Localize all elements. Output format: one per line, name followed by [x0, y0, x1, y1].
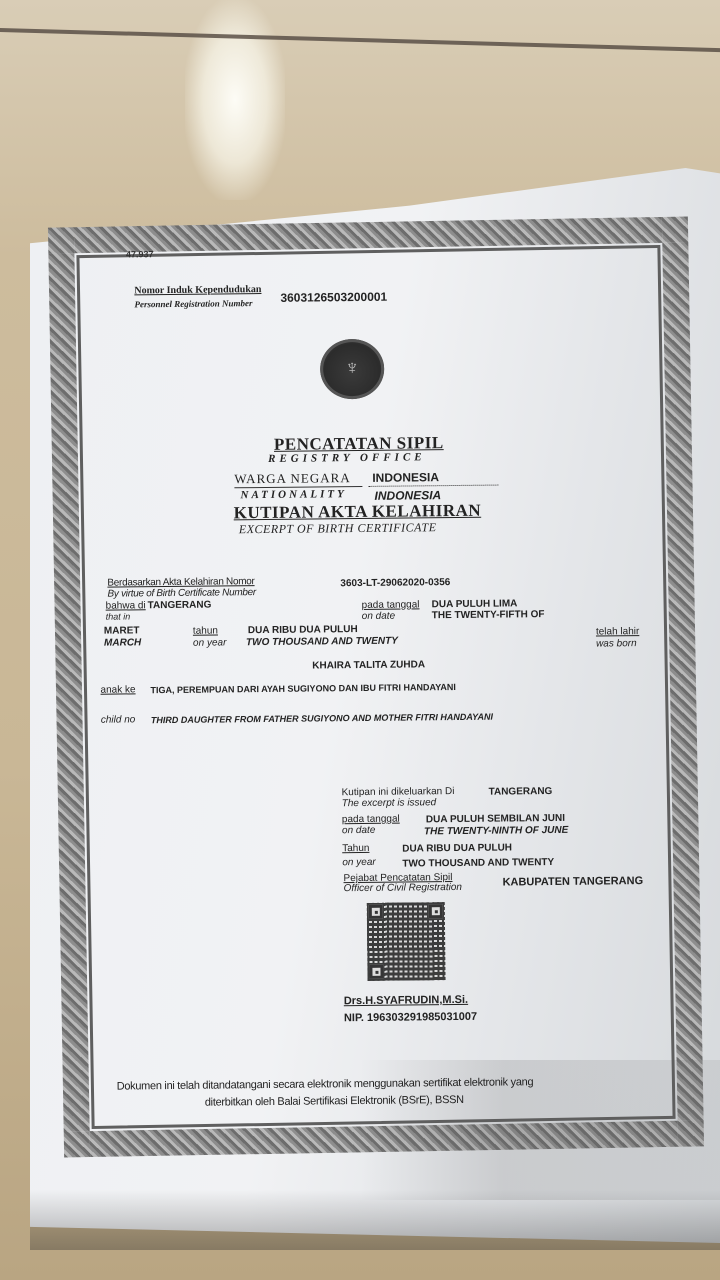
- garuda-emblem-icon: ♆: [320, 339, 385, 400]
- document-title-en: EXCERPT OF BIRTH CERTIFICATE: [239, 520, 437, 537]
- officer-label-en: Officer of Civil Registration: [344, 882, 462, 894]
- signatory-name: Drs.H.SYAFRUDIN,M.Si.: [344, 994, 468, 1007]
- birth-month-en: MARCH: [104, 637, 141, 648]
- cert-number-label-en: By virtue of Birth Certificate Number: [107, 587, 256, 600]
- cert-number-value: 3603-LT-29062020-0356: [340, 577, 450, 589]
- issue-date-label-en: on date: [342, 825, 375, 836]
- child-no-value-en: THIRD DAUGHTER FROM FATHER SUGIYONO AND …: [151, 712, 493, 726]
- child-no-label-en: child no: [101, 714, 136, 725]
- birth-year-label: tahun: [193, 625, 218, 636]
- issued-place: TANGERANG: [489, 786, 553, 798]
- birth-month: MARET: [104, 625, 140, 636]
- issue-year-value: DUA RIBU DUA PULUH: [402, 842, 512, 854]
- nationality-dotted-line: [368, 485, 498, 487]
- birth-year-value: DUA RIBU DUA PULUH: [248, 624, 358, 636]
- nationality-value: INDONESIA: [372, 470, 439, 485]
- serial-number: 47.937: [126, 249, 154, 259]
- nik-label-en: Personnel Registration Number: [134, 298, 252, 309]
- nationality-label: WARGA NEGARA: [234, 470, 351, 487]
- birth-date-label-en: on date: [362, 611, 395, 622]
- signatory-nip: NIP. 196303291985031007: [344, 1011, 477, 1024]
- child-name: KHAIRA TALITA ZUHDA: [312, 659, 425, 671]
- place-label: bahwa di: [106, 600, 146, 611]
- child-no-value: TIGA, PEREMPUAN DARI AYAH SUGIYONO DAN I…: [150, 682, 455, 695]
- issued-label: Kutipan ini dikeluarkan Di: [342, 786, 455, 798]
- e-signature-notice-line1: Dokumen ini telah ditandatangani secara …: [117, 1076, 534, 1092]
- born-label-en: was born: [596, 638, 637, 649]
- issued-label-en: The excerpt is issued: [342, 797, 437, 809]
- birth-date-value: DUA PULUH LIMA: [432, 598, 518, 610]
- nik-label: Nomor Induk Kependudukan: [134, 284, 261, 296]
- issue-year-label-en: on year: [342, 857, 375, 868]
- nik-value: 3603126503200001: [280, 290, 387, 305]
- issue-date-label: pada tanggal: [342, 814, 400, 826]
- officer-region: KABUPATEN TANGERANG: [502, 875, 643, 888]
- issue-year-value-en: TWO THOUSAND AND TWENTY: [402, 857, 554, 870]
- document-title: KUTIPAN AKTA KELAHIRAN: [234, 501, 482, 524]
- issue-date-value: DUA PULUH SEMBILAN JUNI: [426, 813, 565, 825]
- certificate-content: 47.937 Nomor Induk Kependudukan Personne…: [0, 0, 720, 1280]
- e-signature-notice-line2: diterbitkan oleh Balai Sertifikasi Elekt…: [205, 1094, 464, 1109]
- birth-year-label-en: on year: [193, 637, 226, 648]
- born-label: telah lahir: [596, 626, 639, 637]
- registry-title-en: REGISTRY OFFICE: [268, 451, 426, 465]
- child-no-label: anak ke: [100, 684, 135, 695]
- birth-year-value-en: TWO THOUSAND AND TWENTY: [246, 636, 398, 649]
- nationality-label-en: NATIONALITY: [240, 488, 346, 501]
- birth-date-label: pada tanggal: [362, 599, 420, 611]
- place-label-en: that in: [106, 611, 131, 621]
- issue-year-label: Tahun: [342, 843, 369, 854]
- place-value: TANGERANG: [148, 600, 212, 612]
- issue-date-value-en: THE TWENTY-NINTH OF JUNE: [424, 825, 568, 838]
- qr-code: [367, 902, 446, 981]
- birth-date-value-en: THE TWENTY-FIFTH OF: [432, 609, 545, 621]
